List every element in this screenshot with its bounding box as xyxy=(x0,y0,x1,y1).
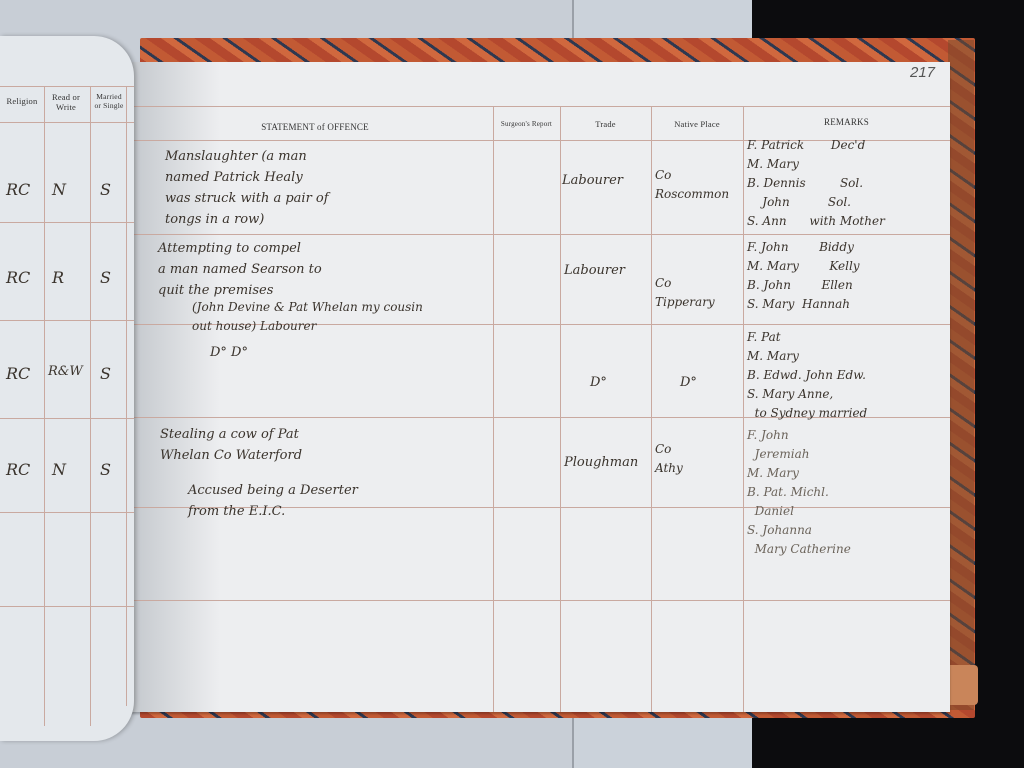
header-trade: Trade xyxy=(560,119,651,129)
entry-2b-remarks: F. Pat M. Mary B. Edwd. John Edw. S. Mar… xyxy=(747,328,867,423)
row-2-married: S xyxy=(100,268,111,287)
header-statement-of-offence: STATEMENT of OFFENCE xyxy=(190,122,440,132)
rule xyxy=(743,106,744,712)
entry-2-remarks: F. John Biddy M. Mary Kelly B. John Elle… xyxy=(747,238,860,314)
row-4-married: S xyxy=(100,460,111,479)
entry-3-offence: Stealing a cow of Pat Whelan Co Waterfor… xyxy=(160,424,302,466)
rule xyxy=(0,320,134,321)
rule xyxy=(493,106,494,712)
entry-1-remarks: F. Patrick Dec'd M. Mary B. Dennis Sol. … xyxy=(747,136,885,231)
row-4-read-write: N xyxy=(52,460,66,479)
row-1-religion: RC xyxy=(6,180,30,199)
entry-3-native-place: Co Athy xyxy=(655,440,683,478)
rule xyxy=(0,86,134,87)
book-cover-edge xyxy=(948,40,974,710)
entry-3-offence-2: Accused being a Deserter from the E.I.C. xyxy=(188,480,358,522)
entry-2-trade: Labourer xyxy=(564,260,625,281)
entry-1-native-place: Co Roscommon xyxy=(655,166,729,204)
header-married-or-single: Married or Single xyxy=(92,92,126,110)
rule xyxy=(44,86,45,726)
entry-2-offence-note: (John Devine & Pat Whelan my cousin out … xyxy=(192,298,423,336)
row-1-married: S xyxy=(100,180,111,199)
rule xyxy=(130,234,950,235)
rule xyxy=(560,106,561,712)
rule xyxy=(130,106,950,107)
header-read-or-write: Read or Write xyxy=(46,92,86,112)
entry-1-offence: Manslaughter (a man named Patrick Healy … xyxy=(165,146,329,230)
header-religion: Religion xyxy=(0,96,44,106)
rule xyxy=(0,122,134,123)
row-3-married: S xyxy=(100,364,111,383)
header-remarks: REMARKS xyxy=(743,117,950,127)
header-surgeons-report: Surgeon's Report xyxy=(493,120,560,128)
entry-2b-native-place-ditto: D° xyxy=(680,372,697,393)
rule xyxy=(0,512,134,513)
row-2-read-write: R xyxy=(52,268,64,287)
entry-2-offence: Attempting to compel a man named Searson… xyxy=(158,238,322,301)
entry-2-native-place: Co Tipperary xyxy=(655,274,715,312)
ledger-right-page: STATEMENT of OFFENCE Surgeon's Report Tr… xyxy=(130,62,950,712)
header-native-place: Native Place xyxy=(651,119,743,129)
entry-3-trade: Ploughman xyxy=(564,452,638,473)
rule xyxy=(0,418,134,419)
rule xyxy=(130,600,950,601)
entry-1-trade: Labourer xyxy=(562,170,623,191)
row-4-religion: RC xyxy=(6,460,30,479)
rule xyxy=(0,222,134,223)
ledger-left-page: Religion Read or Write Married or Single… xyxy=(0,36,134,741)
row-1-read-write: N xyxy=(52,180,66,199)
entry-3-remarks: F. John Jeremiah M. Mary B. Pat. Michl. … xyxy=(747,426,851,559)
page-number: 217 xyxy=(910,64,935,81)
row-2-religion: RC xyxy=(6,268,30,287)
rule xyxy=(90,86,91,726)
rule xyxy=(651,106,652,712)
row-3-religion: RC xyxy=(6,364,30,383)
row-3-read-write: R&W xyxy=(48,364,83,379)
entry-2b-trade-ditto: D° xyxy=(590,372,607,393)
rule xyxy=(126,86,127,706)
entry-2-ditto: D° D° xyxy=(210,342,248,363)
rule xyxy=(0,606,134,607)
